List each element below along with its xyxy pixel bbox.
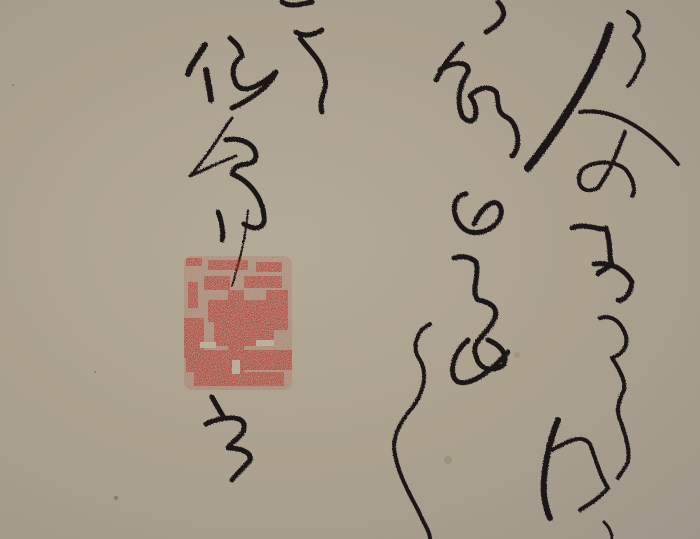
calligraphy-artwork xyxy=(0,0,700,539)
paper-specks xyxy=(12,38,610,500)
red-seal xyxy=(184,256,292,390)
signature-characters xyxy=(188,2,326,286)
signature-tail-character xyxy=(206,397,250,480)
main-text-columns xyxy=(394,2,678,539)
calligraphy-photo: Japanese kana calligraphy on paper with … xyxy=(0,0,700,539)
